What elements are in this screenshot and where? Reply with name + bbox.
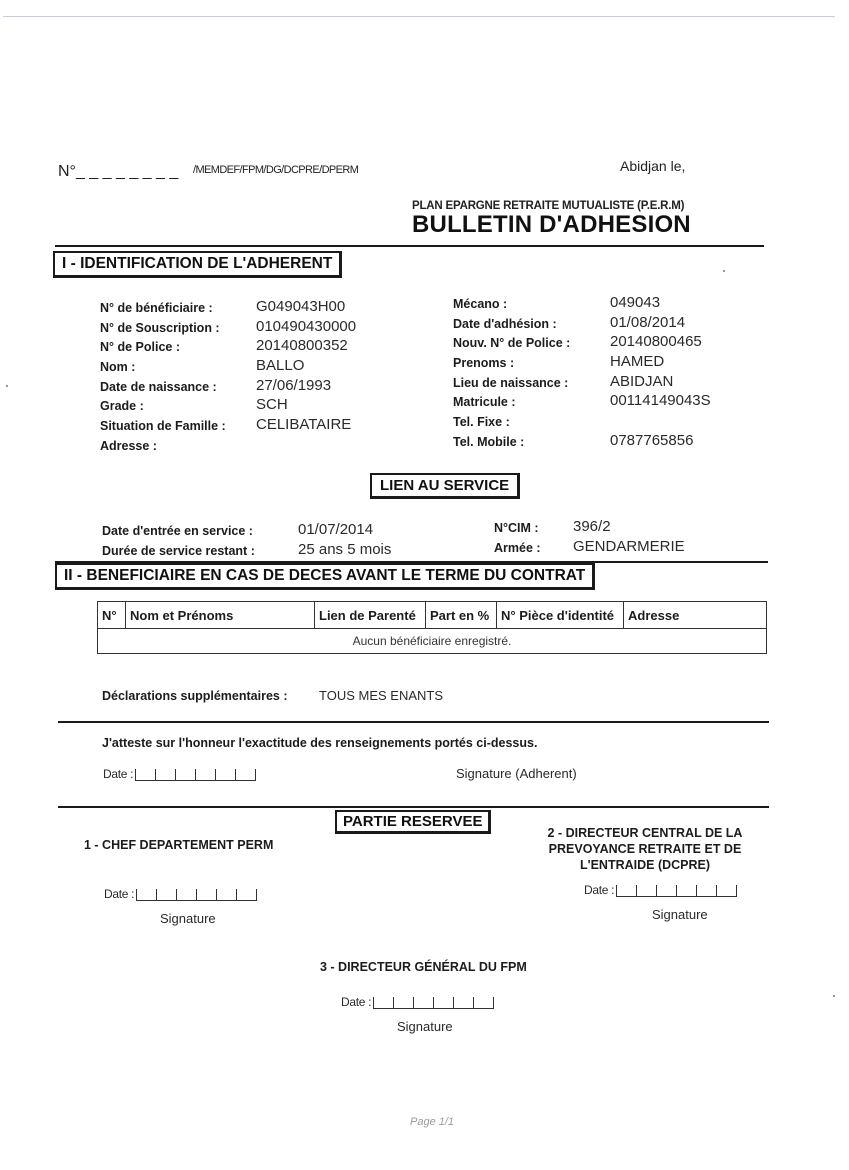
identification-left-fields: N° de bénéficiaire : G049043H00 N° de So… bbox=[100, 298, 456, 456]
date-label: Date : bbox=[584, 883, 614, 897]
field-label: Durée de service restant : bbox=[102, 541, 298, 561]
field-label: Mécano : bbox=[453, 294, 610, 314]
date-label: Date : bbox=[341, 995, 371, 1009]
column-header: N° Pièce d'identité bbox=[497, 602, 624, 629]
membership-date: 01/08/2014 bbox=[610, 314, 770, 334]
field-label: Nouv. N° de Police : bbox=[453, 333, 610, 353]
central-director-title: 2 - DIRECTEUR CENTRAL DE LA PREVOYANCE R… bbox=[515, 825, 775, 873]
field-label: Adresse : bbox=[100, 436, 256, 456]
service-right-fields: N°CIM : 396/2 Armée : GENDARMERIE bbox=[494, 518, 733, 557]
column-header: N° bbox=[98, 602, 126, 629]
reference-path: /MEMDEF/FPM/DG/DCPRE/DPERM bbox=[193, 164, 358, 176]
header-divider bbox=[55, 245, 764, 247]
landline-phone bbox=[610, 412, 770, 432]
beneficiary-number: G049043H00 bbox=[256, 298, 456, 318]
field-label: N° de bénéficiaire : bbox=[100, 298, 256, 318]
general-director-signature-label: Signature bbox=[397, 1019, 453, 1034]
field-label: Tel. Fixe : bbox=[453, 412, 610, 432]
remaining-service: 25 ans 5 mois bbox=[298, 541, 448, 561]
field-label: Situation de Famille : bbox=[100, 416, 256, 436]
field-label: Date d'entrée en service : bbox=[102, 521, 298, 541]
scan-top-edge bbox=[3, 16, 835, 17]
birth-place: ABIDJAN bbox=[610, 373, 770, 393]
column-header: Lien de Parenté bbox=[315, 602, 426, 629]
service-link-heading: LIEN AU SERVICE bbox=[370, 473, 520, 499]
field-label: Tel. Mobile : bbox=[453, 432, 610, 452]
policy-number: 20140800352 bbox=[256, 337, 456, 357]
adherent-date-field[interactable]: Date : bbox=[103, 767, 256, 781]
city-date: Abidjan le, bbox=[620, 158, 685, 174]
page-number: Page 1/1 bbox=[410, 1116, 454, 1128]
chef-date-field[interactable]: Date : bbox=[104, 887, 257, 901]
new-policy-number: 20140800465 bbox=[610, 333, 770, 353]
beneficiary-table: N° Nom et Prénoms Lien de Parenté Part e… bbox=[97, 601, 767, 654]
identification-right-fields: Mécano : 049043 Date d'adhésion : 01/08/… bbox=[453, 294, 770, 452]
date-boxes[interactable] bbox=[135, 769, 256, 781]
chef-department-title: 1 - CHEF DEPARTEMENT PERM bbox=[84, 838, 273, 852]
central-director-signature-label: Signature bbox=[652, 907, 708, 922]
document-title: BULLETIN D'ADHESION bbox=[412, 211, 691, 239]
service-left-fields: Date d'entrée en service : 01/07/2014 Du… bbox=[102, 521, 448, 560]
scan-speck bbox=[6, 385, 8, 387]
date-boxes[interactable] bbox=[616, 885, 737, 897]
field-label: Lieu de naissance : bbox=[453, 373, 610, 393]
address bbox=[256, 436, 456, 456]
subscription-number: 010490430000 bbox=[256, 318, 456, 338]
field-label: Matricule : bbox=[453, 392, 610, 412]
general-director-date-field[interactable]: Date : bbox=[341, 995, 494, 1009]
general-director-title: 3 - DIRECTEUR GÉNÉRAL DU FPM bbox=[320, 960, 527, 974]
scan-speck bbox=[833, 995, 835, 997]
reference-number: N°_ _ _ _ _ _ _ _ bbox=[58, 163, 178, 181]
field-label: Prenoms : bbox=[453, 353, 610, 373]
field-label: N°CIM : bbox=[494, 518, 573, 538]
grade: SCH bbox=[256, 396, 456, 416]
section-beneficiary-heading: II - BENEFICIAIRE EN CAS DE DECES AVANT … bbox=[55, 563, 595, 590]
column-header: Adresse bbox=[624, 602, 767, 629]
table-header-row: N° Nom et Prénoms Lien de Parenté Part e… bbox=[98, 602, 767, 629]
field-label: Armée : bbox=[494, 538, 573, 558]
scan-speck bbox=[723, 270, 725, 272]
last-name: BALLO bbox=[256, 357, 456, 377]
field-label: Date de naissance : bbox=[100, 377, 256, 397]
date-boxes[interactable] bbox=[136, 889, 257, 901]
date-label: Date : bbox=[104, 887, 134, 901]
chef-signature-label: Signature bbox=[160, 911, 216, 926]
mecano: 049043 bbox=[610, 294, 770, 314]
column-header: Part en % bbox=[426, 602, 497, 629]
column-header: Nom et Prénoms bbox=[126, 602, 315, 629]
field-label: Grade : bbox=[100, 396, 256, 416]
date-label: Date : bbox=[103, 767, 133, 781]
field-label: Nom : bbox=[100, 357, 256, 377]
first-names: HAMED bbox=[610, 353, 770, 373]
field-label: N° de Police : bbox=[100, 337, 256, 357]
mobile-phone: 0787765856 bbox=[610, 432, 770, 452]
section-identification-heading: I - IDENTIFICATION DE L'ADHERENT bbox=[53, 251, 342, 278]
cim-number: 396/2 bbox=[573, 518, 733, 538]
empty-table-message: Aucun bénéficiaire enregistré. bbox=[98, 629, 767, 654]
field-label: Date d'adhésion : bbox=[453, 314, 610, 334]
declarations-value: TOUS MES ENANTS bbox=[319, 688, 443, 703]
army-branch: GENDARMERIE bbox=[573, 538, 733, 558]
attestation-text: J'atteste sur l'honneur l'exactitude des… bbox=[102, 736, 537, 750]
table-row: Aucun bénéficiaire enregistré. bbox=[98, 629, 767, 654]
marital-status: CELIBATAIRE bbox=[256, 416, 456, 436]
service-entry-date: 01/07/2014 bbox=[298, 521, 448, 541]
attestation-divider bbox=[58, 721, 769, 723]
adherent-signature-label: Signature (Adherent) bbox=[456, 766, 577, 781]
reserved-divider bbox=[58, 806, 769, 808]
birth-date: 27/06/1993 bbox=[256, 377, 456, 397]
reserved-section-heading: PARTIE RESERVEE bbox=[335, 810, 491, 834]
date-boxes[interactable] bbox=[373, 997, 494, 1009]
central-director-date-field[interactable]: Date : bbox=[584, 883, 737, 897]
declarations-label: Déclarations supplémentaires : bbox=[102, 689, 287, 703]
field-label: N° de Souscription : bbox=[100, 318, 256, 338]
registration-number: 00114149043S bbox=[610, 392, 770, 412]
